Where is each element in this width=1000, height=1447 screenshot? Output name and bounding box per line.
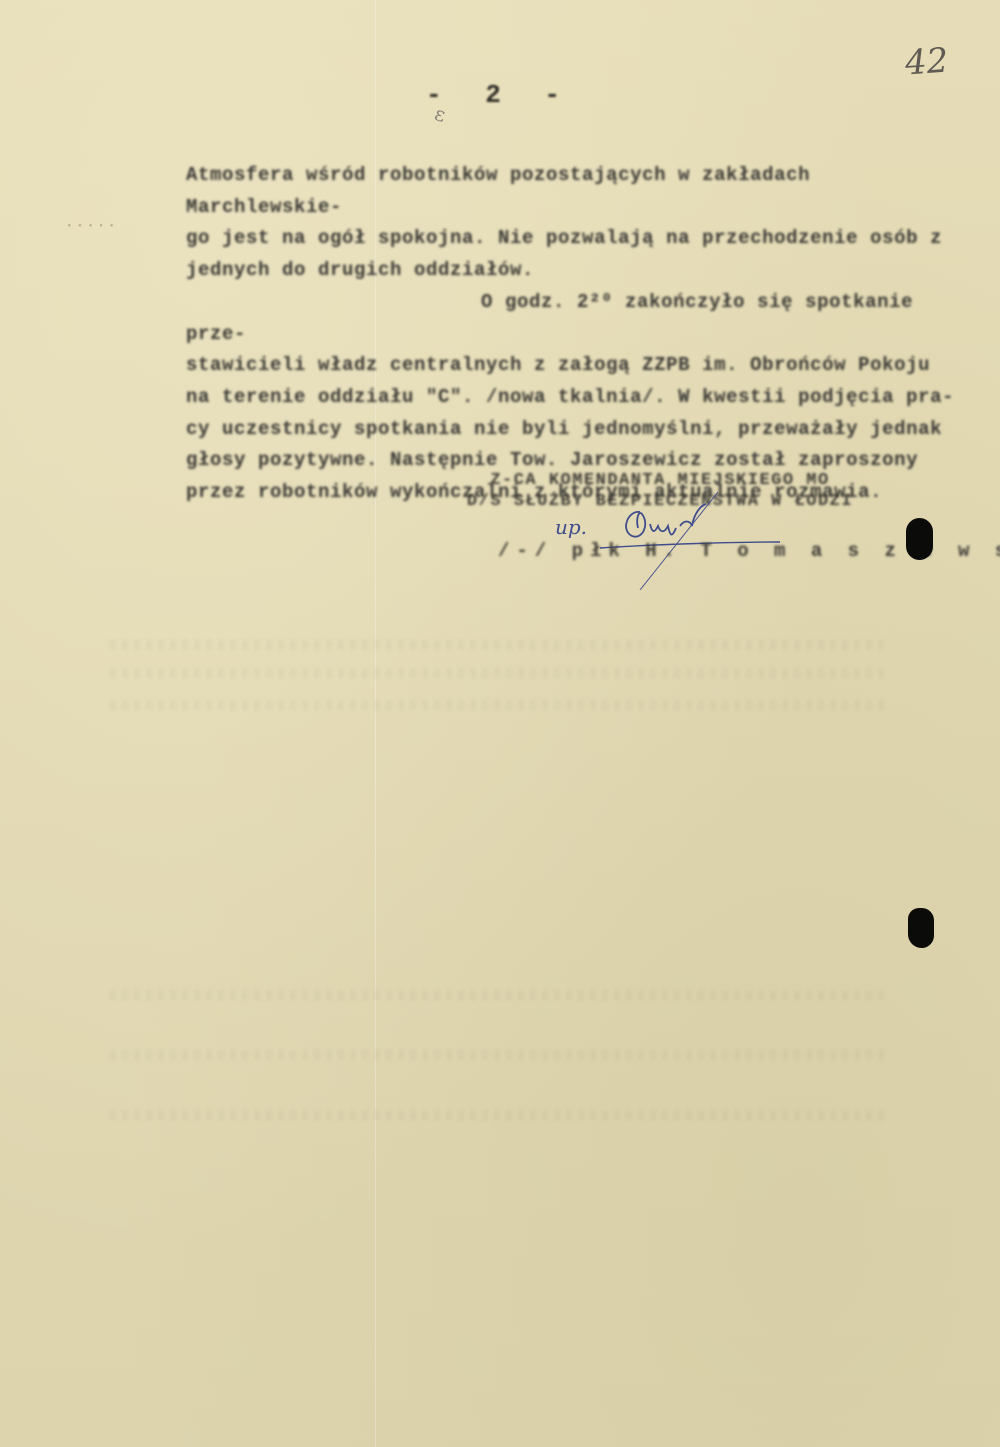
- paragraph-atmosphere: Atmosfera wśród robotników pozostających…: [186, 160, 976, 287]
- punch-hole-icon: [906, 518, 933, 560]
- bleed-through-text: [110, 700, 890, 710]
- document-page: 42 - 2 - ε ..... Atmosfera wśród robotni…: [0, 0, 1000, 1447]
- bleed-through-text: [110, 640, 890, 650]
- bleed-through-text: [110, 1110, 890, 1120]
- punch-hole-icon: [908, 908, 934, 948]
- signatory-title: Z-CA KOMENDANTA MIEJSKIEGO MO: [430, 470, 890, 491]
- bleed-through-text: [110, 990, 890, 1000]
- signature-block: Z-CA KOMENDANTA MIEJSKIEGO MO D/S SŁUŻBY…: [430, 470, 890, 512]
- document-body: Atmosfera wśród robotników pozostających…: [186, 160, 976, 509]
- bleed-through-text: [110, 668, 890, 678]
- margin-marks: .....: [66, 218, 119, 230]
- bleed-through-text: [110, 1050, 890, 1060]
- archive-page-number: 42: [904, 41, 950, 84]
